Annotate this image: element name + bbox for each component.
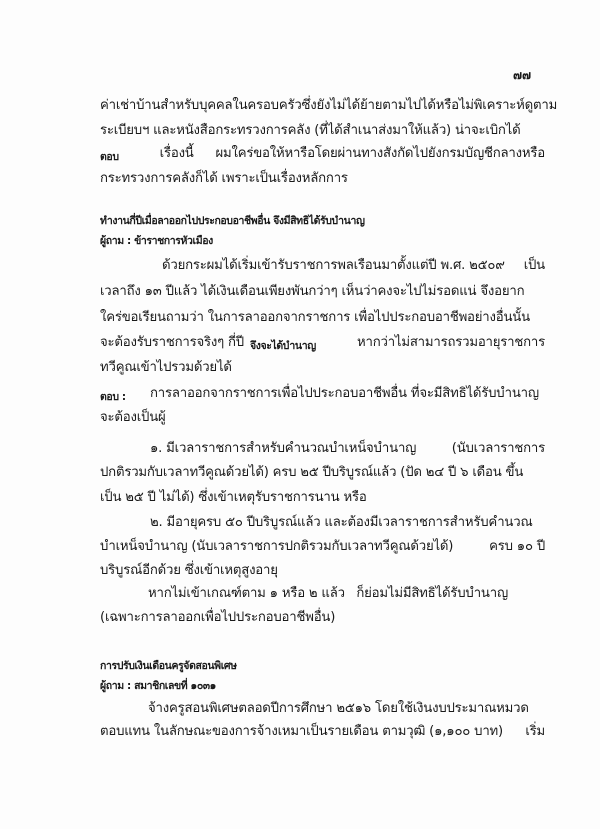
answer-line: ตอบ : การลาออกจากราชการเพื่อไปประกอบอาชี… (100, 385, 539, 406)
text-segment: เริ่ม (525, 723, 545, 741)
text-segment: บำเหน็จบำนาญ (นับเวลาราชการปกติรวมกับเวล… (100, 538, 453, 556)
text-segment: พิเคราะห์ดูตาม (474, 97, 557, 115)
text-segment: ผมใคร่ขอให้หารือโดยผ่านทางสังกัดไปยังกรม… (215, 145, 521, 166)
text-segment: ตอบแทน ในลักษณะของการจ้างเหมาเป็นรายเดือ… (100, 723, 503, 741)
paragraph-line: จ้างครูสอนพิเศษตลอดปีการศึกษา ๒๕๑๖ โดยใช… (148, 700, 529, 718)
paragraph-line: ทวีคูณเข้าไปรวมด้วยได้ (100, 359, 232, 377)
paragraph-line: (เฉพาะการลาออกเพื่อไปประกอบอาชีพอื่น) (100, 609, 335, 627)
section-title: ทำงานกี่ปีเมื่อลาออกไปประกอบอาชีพอื่น จึ… (100, 212, 365, 230)
section-title: การปรับเงินเดือนครูจัดสอนพิเศษ (100, 657, 237, 675)
paragraph-line: บำเหน็จบำนาญ (นับเวลาราชการปกติรวมกับเวล… (100, 538, 545, 556)
asker-label: ผู้ถาม (100, 680, 124, 692)
paragraph-line: ตอบแทน ในลักษณะของการจ้างเหมาเป็นรายเดือ… (100, 723, 545, 741)
page-number: ๗๗ (513, 66, 531, 85)
text-segment: ก็ย่อมไม่มีสิทธิได้รับบำนาญ (356, 585, 508, 603)
paragraph-line: ระเบียบฯ และหนังสือกระทรวงการคลัง (ที่ได… (100, 122, 520, 140)
text-segment: ค่าเช่าบ้านสำหรับบุคคลในครอบครัวซึ่งยังไ… (100, 97, 474, 115)
paragraph-line: ปกติรวมกับเวลาทวีคูณด้วยได้) ครบ ๒๕ ปีบร… (100, 464, 523, 482)
paragraph-line: กระทรวงการคลังก็ได้ เพราะเป็นเรื่องหลักก… (100, 170, 348, 188)
text-segment: จะต้องรับราชการจริงๆ กี่ปี (100, 334, 244, 355)
criteria-item-2: ๒. มีอายุครบ ๕๐ ปีบริบูรณ์แล้ว และต้องมี… (150, 514, 532, 532)
paragraph-line: ด้วยกระผมได้เริ่มเข้ารับราชการพลเรือนมาต… (162, 257, 545, 275)
text-segment: จึงจะได้บำนาญ (250, 334, 357, 355)
text-segment: เป็น (524, 257, 545, 275)
text-segment: ด้วยกระผมได้เริ่มเข้ารับราชการพลเรือนมาต… (162, 257, 505, 275)
answer-label: ตอบ : (100, 385, 150, 406)
paragraph-line: จะต้องเป็นผู้ (100, 409, 166, 427)
asker-label: ผู้ถาม (100, 235, 124, 247)
asker-line: ผู้ถาม : ข้าราชการหัวเมือง (100, 232, 213, 250)
note-line: หากไม่เข้าเกณฑ์ตาม ๑ หรือ ๒ แล้ว ก็ย่อมไ… (148, 585, 508, 603)
text-segment: ๑. มีเวลาราชการสำหรับคำนวณบำเหน็จบำนาญ (150, 440, 416, 458)
text-segment: หากว่าไม่สามารถรวมอายุราชการ (357, 334, 545, 355)
text-segment: การลาออกจากราชการเพื่อไปประกอบอาชีพอื่น … (150, 385, 539, 406)
paragraph-line: บริบูรณ์อีกด้วย ซึ่งเข้าเหตุสูงอายุ (100, 562, 278, 580)
text-segment: หรือ (522, 145, 545, 166)
text-segment: หากไม่เข้าเกณฑ์ตาม ๑ หรือ ๒ แล้ว (148, 585, 345, 603)
answer-label: ตอบ (100, 145, 160, 166)
paragraph-line: เวลาถึง ๑๓ ปีแล้ว ได้เงินเดือนเพียงพันกว… (100, 283, 524, 301)
text-segment: (นับเวลาราชการ (452, 440, 545, 458)
paragraph-line: เป็น ๒๕ ปี ไม่ได้) ซึ่งเข้าเหตุรับราชการ… (100, 489, 367, 507)
answer-line: ตอบ เรื่องนี้ ผมใคร่ขอให้หารือโดยผ่านทาง… (100, 145, 545, 166)
text-segment: ครบ ๑๐ ปี (489, 538, 545, 556)
document-page: ๗๗ ค่าเช่าบ้านสำหรับบุคคลในครอบครัวซึ่งย… (0, 0, 600, 829)
criteria-item-1: ๑. มีเวลาราชการสำหรับคำนวณบำเหน็จบำนาญ (… (150, 440, 545, 458)
paragraph-line: ใคร่ขอเรียนถามว่า ในการลาออกจากราชการ เพ… (100, 309, 530, 327)
asker-name: ข้าราชการหัวเมือง (134, 235, 213, 247)
text-segment: เรื่องนี้ (160, 145, 216, 166)
paragraph-line: จะต้องรับราชการจริงๆ กี่ปี จึงจะได้บำนาญ… (100, 334, 545, 355)
paragraph-line: ค่าเช่าบ้านสำหรับบุคคลในครอบครัวซึ่งยังไ… (100, 97, 545, 115)
asker-line: ผู้ถาม : สมาชิกเลขที่ ๑๐๓๑ (100, 677, 216, 695)
asker-name: สมาชิกเลขที่ ๑๐๓๑ (134, 680, 216, 692)
